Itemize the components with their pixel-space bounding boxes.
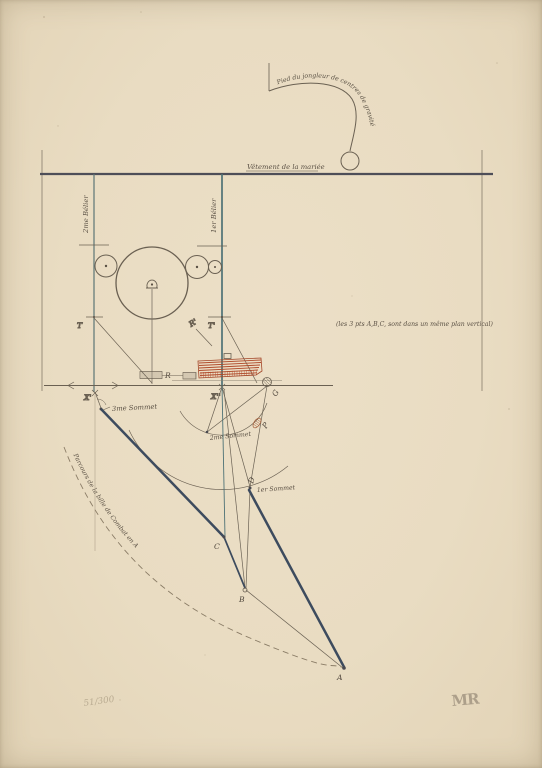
descent-lines — [95, 385, 344, 668]
thick-line-sommet1-a — [249, 490, 344, 667]
r-prime-pointer — [196, 329, 212, 346]
sommet-2-label: 2me Sommet — [208, 431, 251, 442]
left-circle-dot — [105, 265, 107, 267]
t-label: T — [77, 321, 83, 330]
ray-g-sommet1 — [250, 386, 267, 487]
vetement-label: Vêtement de la mariée — [247, 163, 325, 171]
artist-monogram: MR — [451, 690, 481, 710]
sommet-1-label: 1er Sommet — [257, 484, 296, 494]
line-sommet1-to-b — [246, 490, 250, 588]
sommet-3-label: 3me Sommet — [112, 403, 158, 413]
arc-sommet-1 — [129, 430, 288, 490]
drawing-canvas: Pied du jongleur de centres de gravité V… — [0, 0, 542, 768]
angle-arc — [97, 399, 106, 405]
thick-line-sommet3-c — [102, 410, 224, 537]
a-label: A — [336, 673, 343, 682]
frame-lines — [42, 150, 482, 391]
trajectory-arcs — [129, 403, 288, 490]
abc-points: C B A — [214, 536, 346, 683]
point-a — [342, 666, 346, 670]
belier-2-label: 2me Bélier — [82, 195, 90, 234]
roller-blocks: R — [140, 371, 196, 380]
edition-number: 51/300 — [83, 695, 115, 709]
small-circle-dot — [214, 266, 216, 268]
t-diagonal-left — [94, 318, 152, 383]
glider — [172, 354, 282, 381]
glider-tab — [224, 354, 231, 359]
handler-ornament-icon — [146, 280, 158, 288]
bride-line-group: Vêtement de la mariée — [40, 163, 493, 174]
g-label: G — [270, 388, 281, 398]
x-prime-label: X' — [83, 393, 92, 402]
belier-1-label: 1er Bélier — [210, 198, 218, 233]
juggler-label: Pied du jongleur de centres de gravité — [275, 72, 376, 127]
b-label: B — [238, 595, 245, 604]
belier-lines: 2me Bélier 1er Bélier — [79, 174, 227, 392]
thick-line-c-b — [224, 537, 245, 588]
parcours-label: Parcours de la bille de Combat en A — [71, 452, 140, 550]
sommet-2-point — [206, 431, 209, 434]
line-x-to-b — [224, 390, 245, 588]
juggler-curve-group: Pied du jongleur de centres de gravité — [269, 63, 376, 170]
roller-block-r — [140, 372, 162, 379]
juggler-ball — [341, 152, 359, 170]
t-prime-label: T' — [208, 321, 215, 330]
roller-block-2-hatch — [185, 373, 195, 379]
point-c — [223, 536, 226, 539]
c-label: C — [214, 542, 220, 551]
r-prime-label: R' — [186, 317, 198, 329]
juggler-curve — [269, 83, 356, 151]
paper-specks — [43, 11, 510, 701]
line-x-to-c — [222, 385, 225, 537]
sommets: 3me Sommet 2me Sommet 1er Sommet D — [95, 392, 296, 494]
baseline-group: X' X'' — [44, 382, 333, 402]
line-b-to-a — [246, 590, 343, 668]
artwork-print: Pied du jongleur de centres de gravité V… — [0, 0, 542, 768]
circles-group — [95, 247, 222, 384]
right-circle-dot — [196, 266, 198, 268]
p-label: P — [260, 420, 271, 431]
plane-note: (les 3 pts A,B,C, sont dans un même plan… — [336, 321, 493, 328]
